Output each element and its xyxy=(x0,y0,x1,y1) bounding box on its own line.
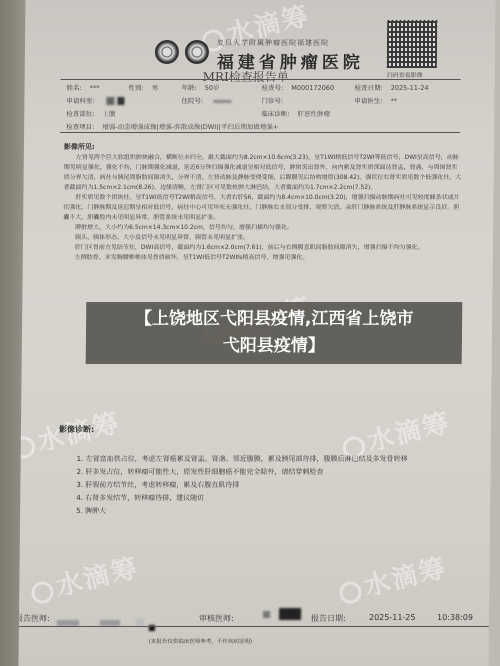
disclaimer: (本报告仅供临床医师参考，不作疾病证明) xyxy=(149,637,252,645)
patient-age: 年龄:50岁 xyxy=(182,83,220,92)
redacted-block xyxy=(263,611,270,618)
hospital-emblem-icon xyxy=(185,40,209,64)
mri-report-paper: 水滴筹 水滴筹 水滴筹 水滴筹 水滴筹 水滴筹 复旦大学附属肿瘤医院福建医院 福… xyxy=(19,0,496,666)
value: 上腹 xyxy=(102,110,115,118)
diagnosis-item: 1. 左肾富血供占位，考虑左肾癌累及肾盂、肾盏、邻近腹膜，累及胰尾部待排，腹膜后… xyxy=(65,453,408,466)
watermark: 水滴筹 xyxy=(335,547,451,610)
findings-paragraph: 肝实质见数个团块灶，呈T1WI低信号T2WI稍高信号，大者右肝S6，截面约为8.… xyxy=(63,193,461,223)
diagnosis-item: 5. 脾肿大 xyxy=(64,505,407,518)
findings-text: 左肾见两个巨大软组织肿块融合，横断位未归全，最大截面约为8.2cm×10.6cm… xyxy=(63,153,462,263)
value: 肝恶性肿瘤 xyxy=(297,110,330,118)
value: 2025-11-24 xyxy=(391,84,429,92)
watermark-logo-icon xyxy=(337,579,364,606)
redacted-block xyxy=(118,97,125,105)
qr-code-icon[interactable] xyxy=(387,20,438,68)
label: 检查号: xyxy=(262,84,284,92)
label: 检查项目: xyxy=(66,123,94,131)
label: 检查部位: xyxy=(66,110,94,118)
label: 临床诊断: xyxy=(261,110,289,118)
patient-name: 姓名:*** xyxy=(67,83,100,92)
diagnosis-title: 影像诊断: xyxy=(59,424,94,435)
report-date-value: 2025-11-25 xyxy=(369,613,416,622)
divider xyxy=(61,79,461,80)
report-time-value: 10:38:09 xyxy=(437,613,473,622)
label: 姓名: xyxy=(67,84,82,92)
findings-title: 影像所见: xyxy=(64,142,95,152)
apply-doctor: 申请医生:** xyxy=(354,96,397,105)
value: 增强-动态增强成像|增强-弥散成像(DWI)|平扫后期加做增强+ xyxy=(102,123,278,131)
findings-paragraph: 左侧肋骨、多发胸腰椎椎体见骨质破坏，呈T1WI低信号T2WIfs稍高信号，增强见… xyxy=(63,253,461,263)
clinical-diagnosis: 临床诊断:肝恶性肿瘤 xyxy=(261,109,330,118)
review-doctor-signature xyxy=(263,608,301,620)
report-doctor-signature xyxy=(57,615,155,631)
watermark-logo-icon xyxy=(29,579,56,606)
value: M000172060 xyxy=(291,84,334,92)
findings-paragraph: 胰头、胰体形态、大小及信号未见明显异常，胰管未见明显扩张。 xyxy=(63,233,461,243)
watermark-logo-icon xyxy=(19,434,38,461)
label: 申请科室: xyxy=(66,97,94,105)
exam-site: 检查部位:上腹 xyxy=(66,109,115,118)
qr-caption: 扫码查看影像 xyxy=(387,70,423,79)
inpatient-number: 住院号: xyxy=(181,96,231,105)
exam-number: 检查号:M000172060 xyxy=(262,83,335,92)
label: 年龄: xyxy=(182,84,197,92)
label: 门诊号: xyxy=(261,97,283,105)
redacted-block xyxy=(213,100,231,103)
diagnosis-item: 4. 右肾多发结节，转移瘤待排，建议随访 xyxy=(64,492,407,505)
exam-date: 检查日期:2025-11-24 xyxy=(355,83,429,92)
label: 申请医生: xyxy=(354,97,382,105)
outpatient-number: 门诊号: xyxy=(261,96,283,105)
banner-line-2: 弋阳县疫情】 xyxy=(86,333,462,360)
value: *** xyxy=(90,84,100,92)
label: 住院号: xyxy=(181,97,203,105)
divider xyxy=(19,626,489,627)
watermark: 水滴筹 xyxy=(27,547,143,610)
review-doctor-label: 审核医师: xyxy=(199,613,234,624)
overlay-title-banner: 【上饶地区弋阳县疫情,江西省上饶市 弋阳县疫情】 xyxy=(86,302,463,364)
redacted-block xyxy=(107,97,115,105)
value: 50岁 xyxy=(205,84,220,92)
findings-paragraph: 脾脏增大，大小约为6.5cm×14.3cm×10.2cm，信号均匀，增强扫描均匀… xyxy=(63,223,461,233)
watermark-text: 水滴筹 xyxy=(361,553,450,602)
redacted-block xyxy=(279,608,301,620)
value: ** xyxy=(391,97,398,105)
label: 性别: xyxy=(129,84,144,92)
divider xyxy=(60,132,460,133)
diagnosis-item: 3. 肝裂前方结节灶，考虑转移瘤，累及右腹直肌待排 xyxy=(64,479,407,492)
banner-line-1: 【上饶地区弋阳县疫情,江西省上饶市 xyxy=(86,306,462,333)
diagnosis-list: 1. 左肾富血供占位，考虑左肾癌累及肾盂、肾盏、邻近腹膜，累及胰尾部待排，腹膜后… xyxy=(64,453,408,518)
value: 男 xyxy=(152,84,159,92)
report-doctor-label: 报告医师: xyxy=(19,613,50,624)
apply-department: 申请科室: xyxy=(66,96,124,105)
label: 检查日期: xyxy=(355,84,383,92)
watermark-text: 水滴筹 xyxy=(53,553,142,602)
findings-paragraph: 左肾见两个巨大软组织肿块融合，横断位未归全，最大截面约为8.2cm×10.6cm… xyxy=(63,153,461,193)
patient-sex: 性别:男 xyxy=(129,83,159,92)
report-date-label: 报告日期: xyxy=(311,613,346,624)
watermark-text: 水滴筹 xyxy=(365,408,454,457)
diagnosis-item: 2. 肝多发占位，转移瘤可能性大，原发性肝细胞癌不能完全除外，请结穿刺检查 xyxy=(64,466,407,479)
exam-item: 检查项目:增强-动态增强成像|增强-弥散成像(DWI)|平扫后期加做增强+ xyxy=(66,122,278,131)
hospital-subtitle: 复旦大学附属肿瘤医院福建医院 xyxy=(217,38,329,48)
findings-paragraph: 肝门区胃前方见结节灶，DWI高信号，截面约为1.6cm×2.0cm(7.61)，… xyxy=(63,243,461,253)
hospital-logo-icon xyxy=(155,40,179,64)
